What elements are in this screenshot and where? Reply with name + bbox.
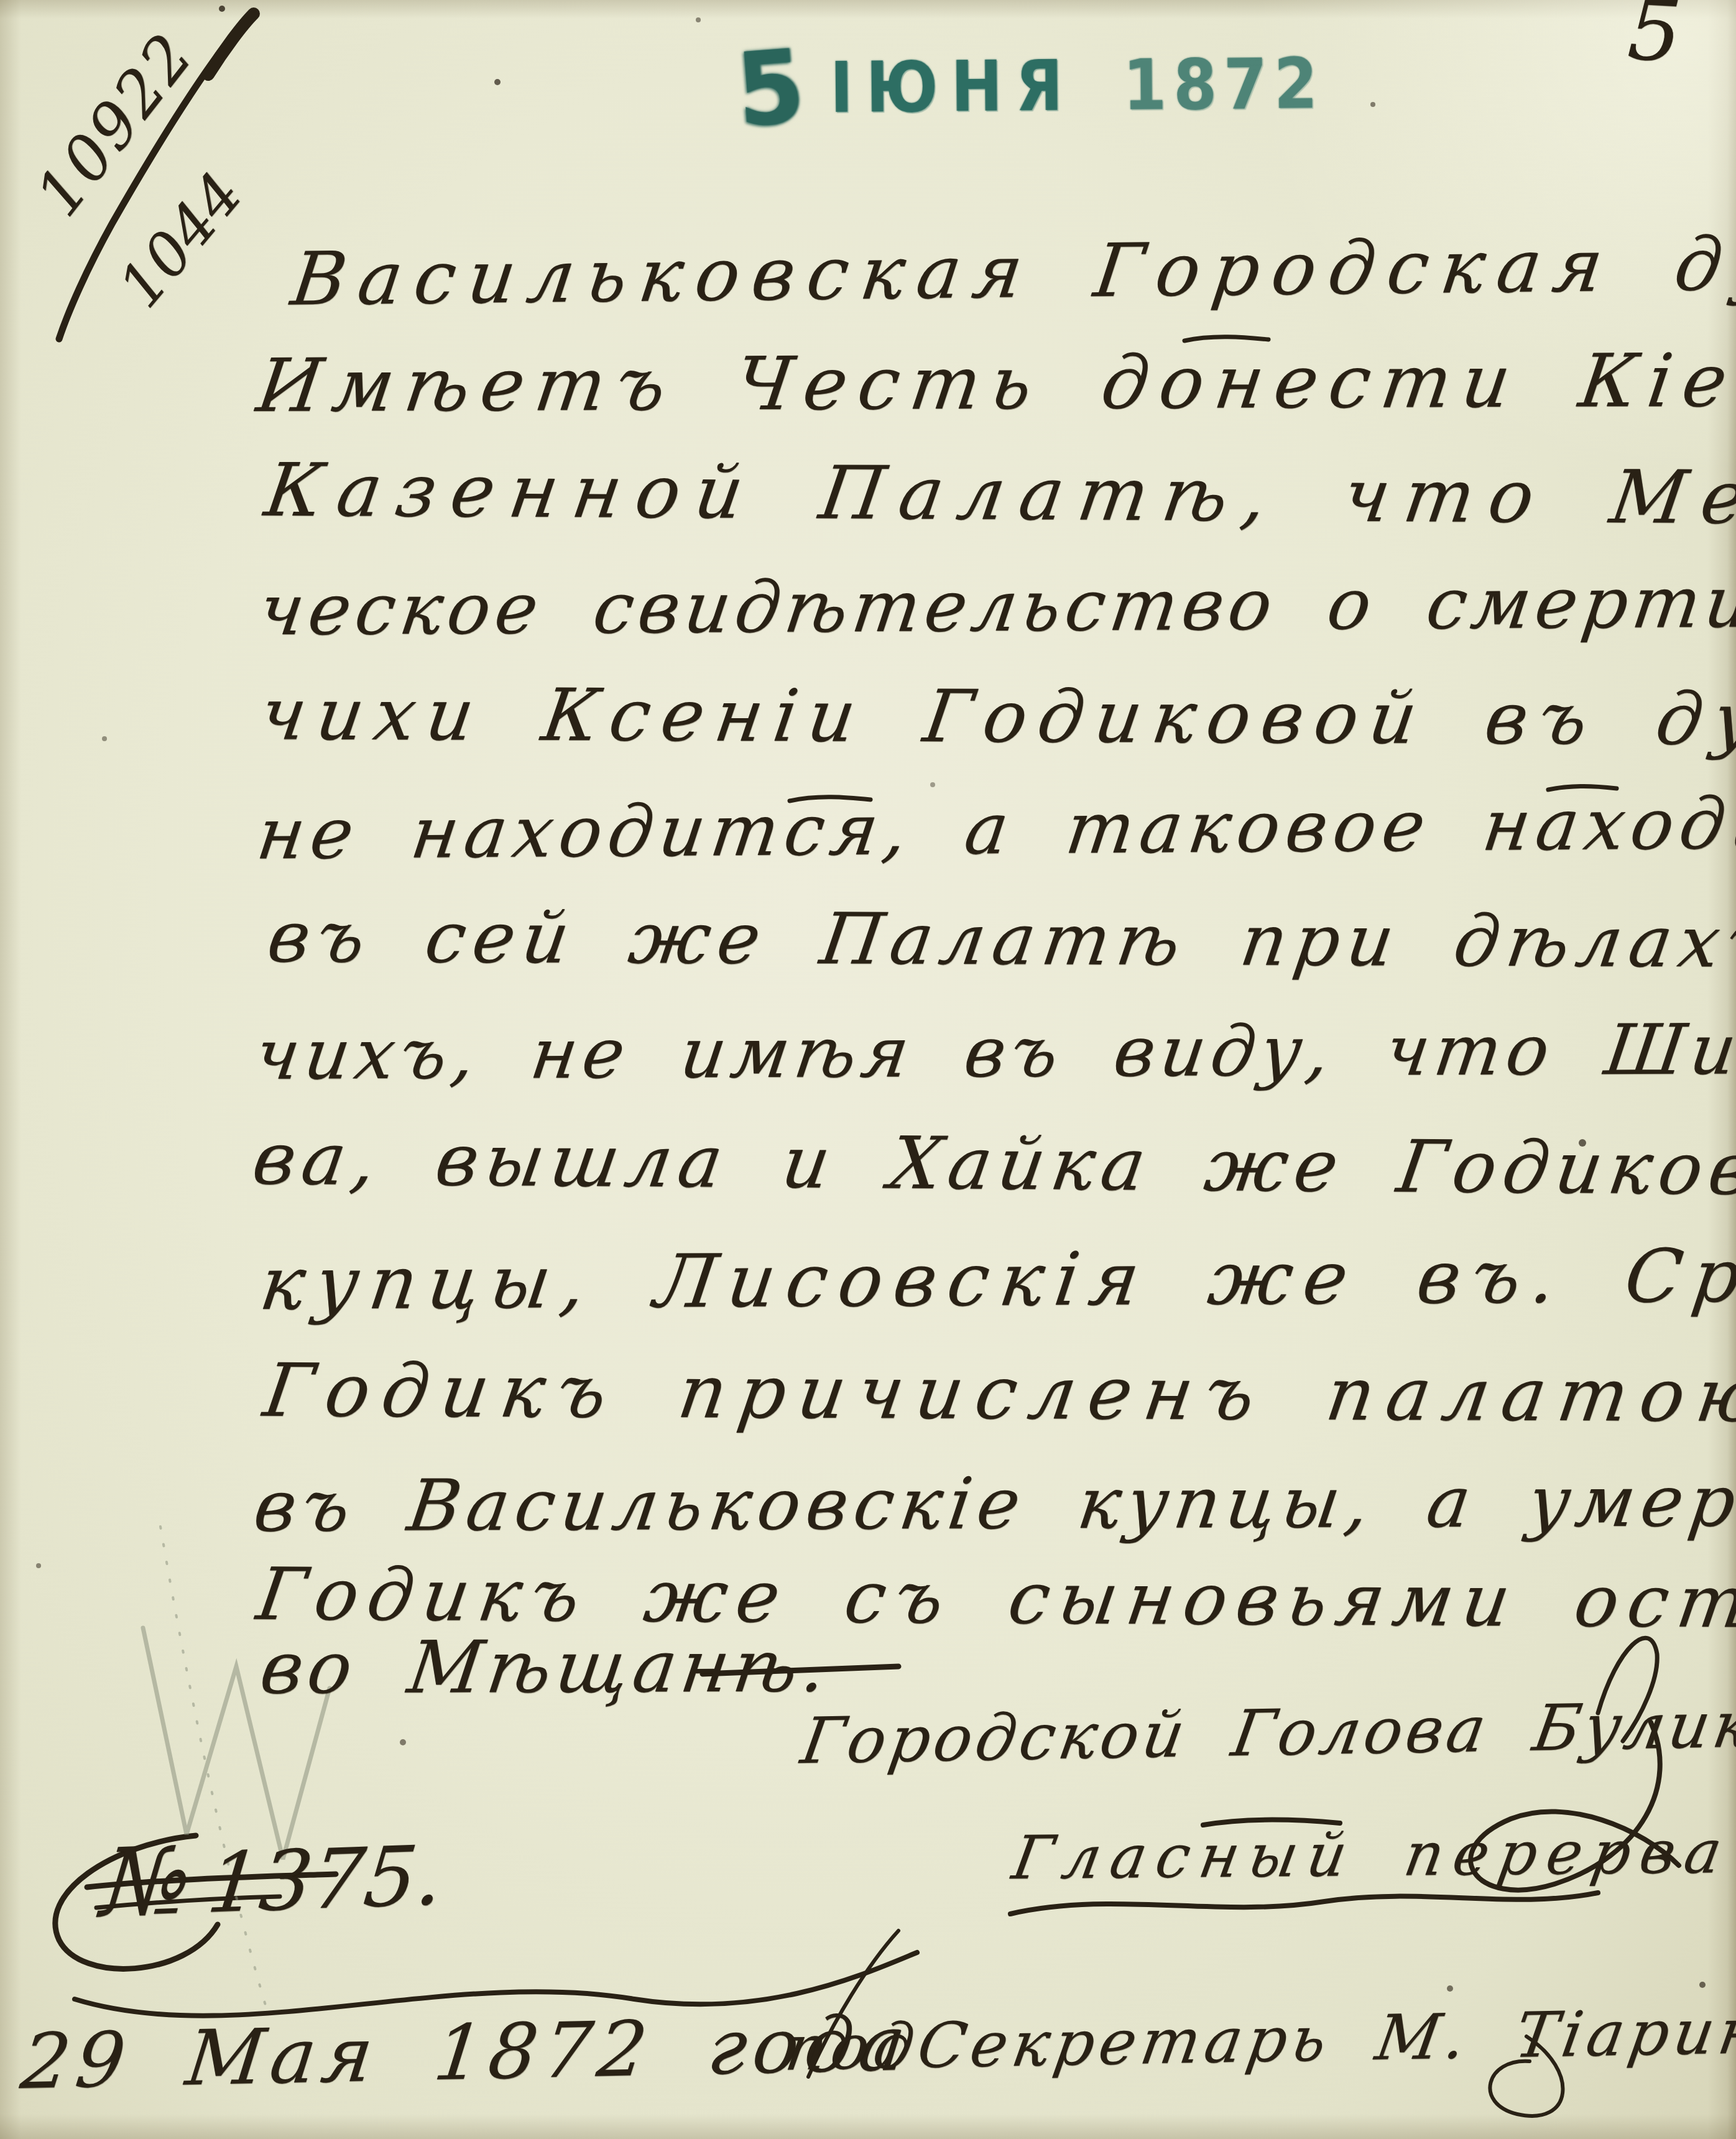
archival-number-denominator: 1044 [109,163,252,318]
body-line: Имѣетъ Честь донести Кіевской [253,343,1736,422]
body-line: въ Васильковскіе купцы, а умершую [250,1465,1736,1541]
body-line: не находится, а таковое находится [253,787,1736,869]
body-line: Васильковская Городская дума [287,225,1736,316]
body-line: ческое свидѣтельство о смерти куп- [255,566,1736,646]
outgoing-number: №1375. [98,1825,448,1931]
body-line: Годикъ причисленъ палатою [260,1354,1736,1432]
body-line: во Мѣщанѣ. [256,1630,836,1704]
body-line: въ сей же Палатѣ при дѣлахъ про- [264,902,1736,979]
body-line: чихи Ксеніи Годиковой въ думѣ [256,678,1736,756]
stamp-year: 1872 [1122,44,1324,126]
body-line: Казенной Палатѣ, что Метри- [261,453,1736,536]
date-line: 29 Мая 1872 года [17,2005,915,2100]
body-line: чихъ, не имѣя въ виду, что Шишано- [251,1014,1736,1090]
signature-mayor: Городской Голова Буликовъ [797,1691,1736,1774]
signature-councilman: Гласный перерва [1009,1822,1736,1888]
body-line: купцы, Лисовскія же въ. Сруль [256,1238,1736,1320]
stamp-day: 5 [732,27,808,150]
date-stamp: 5 ІЮНЯ 1872 [736,27,1347,146]
outgoing-number-value: 1375. [203,1827,448,1932]
outgoing-number-sign: № [97,1826,196,1938]
page-number: 5 [1626,0,1684,74]
stamp-month: ІЮНЯ [829,45,1076,128]
signature-secretary: подСекретарь М. Тіаринъ [782,1999,1736,2079]
body-line: ва, вышла и Хайка же Годикова въ [248,1123,1736,1207]
